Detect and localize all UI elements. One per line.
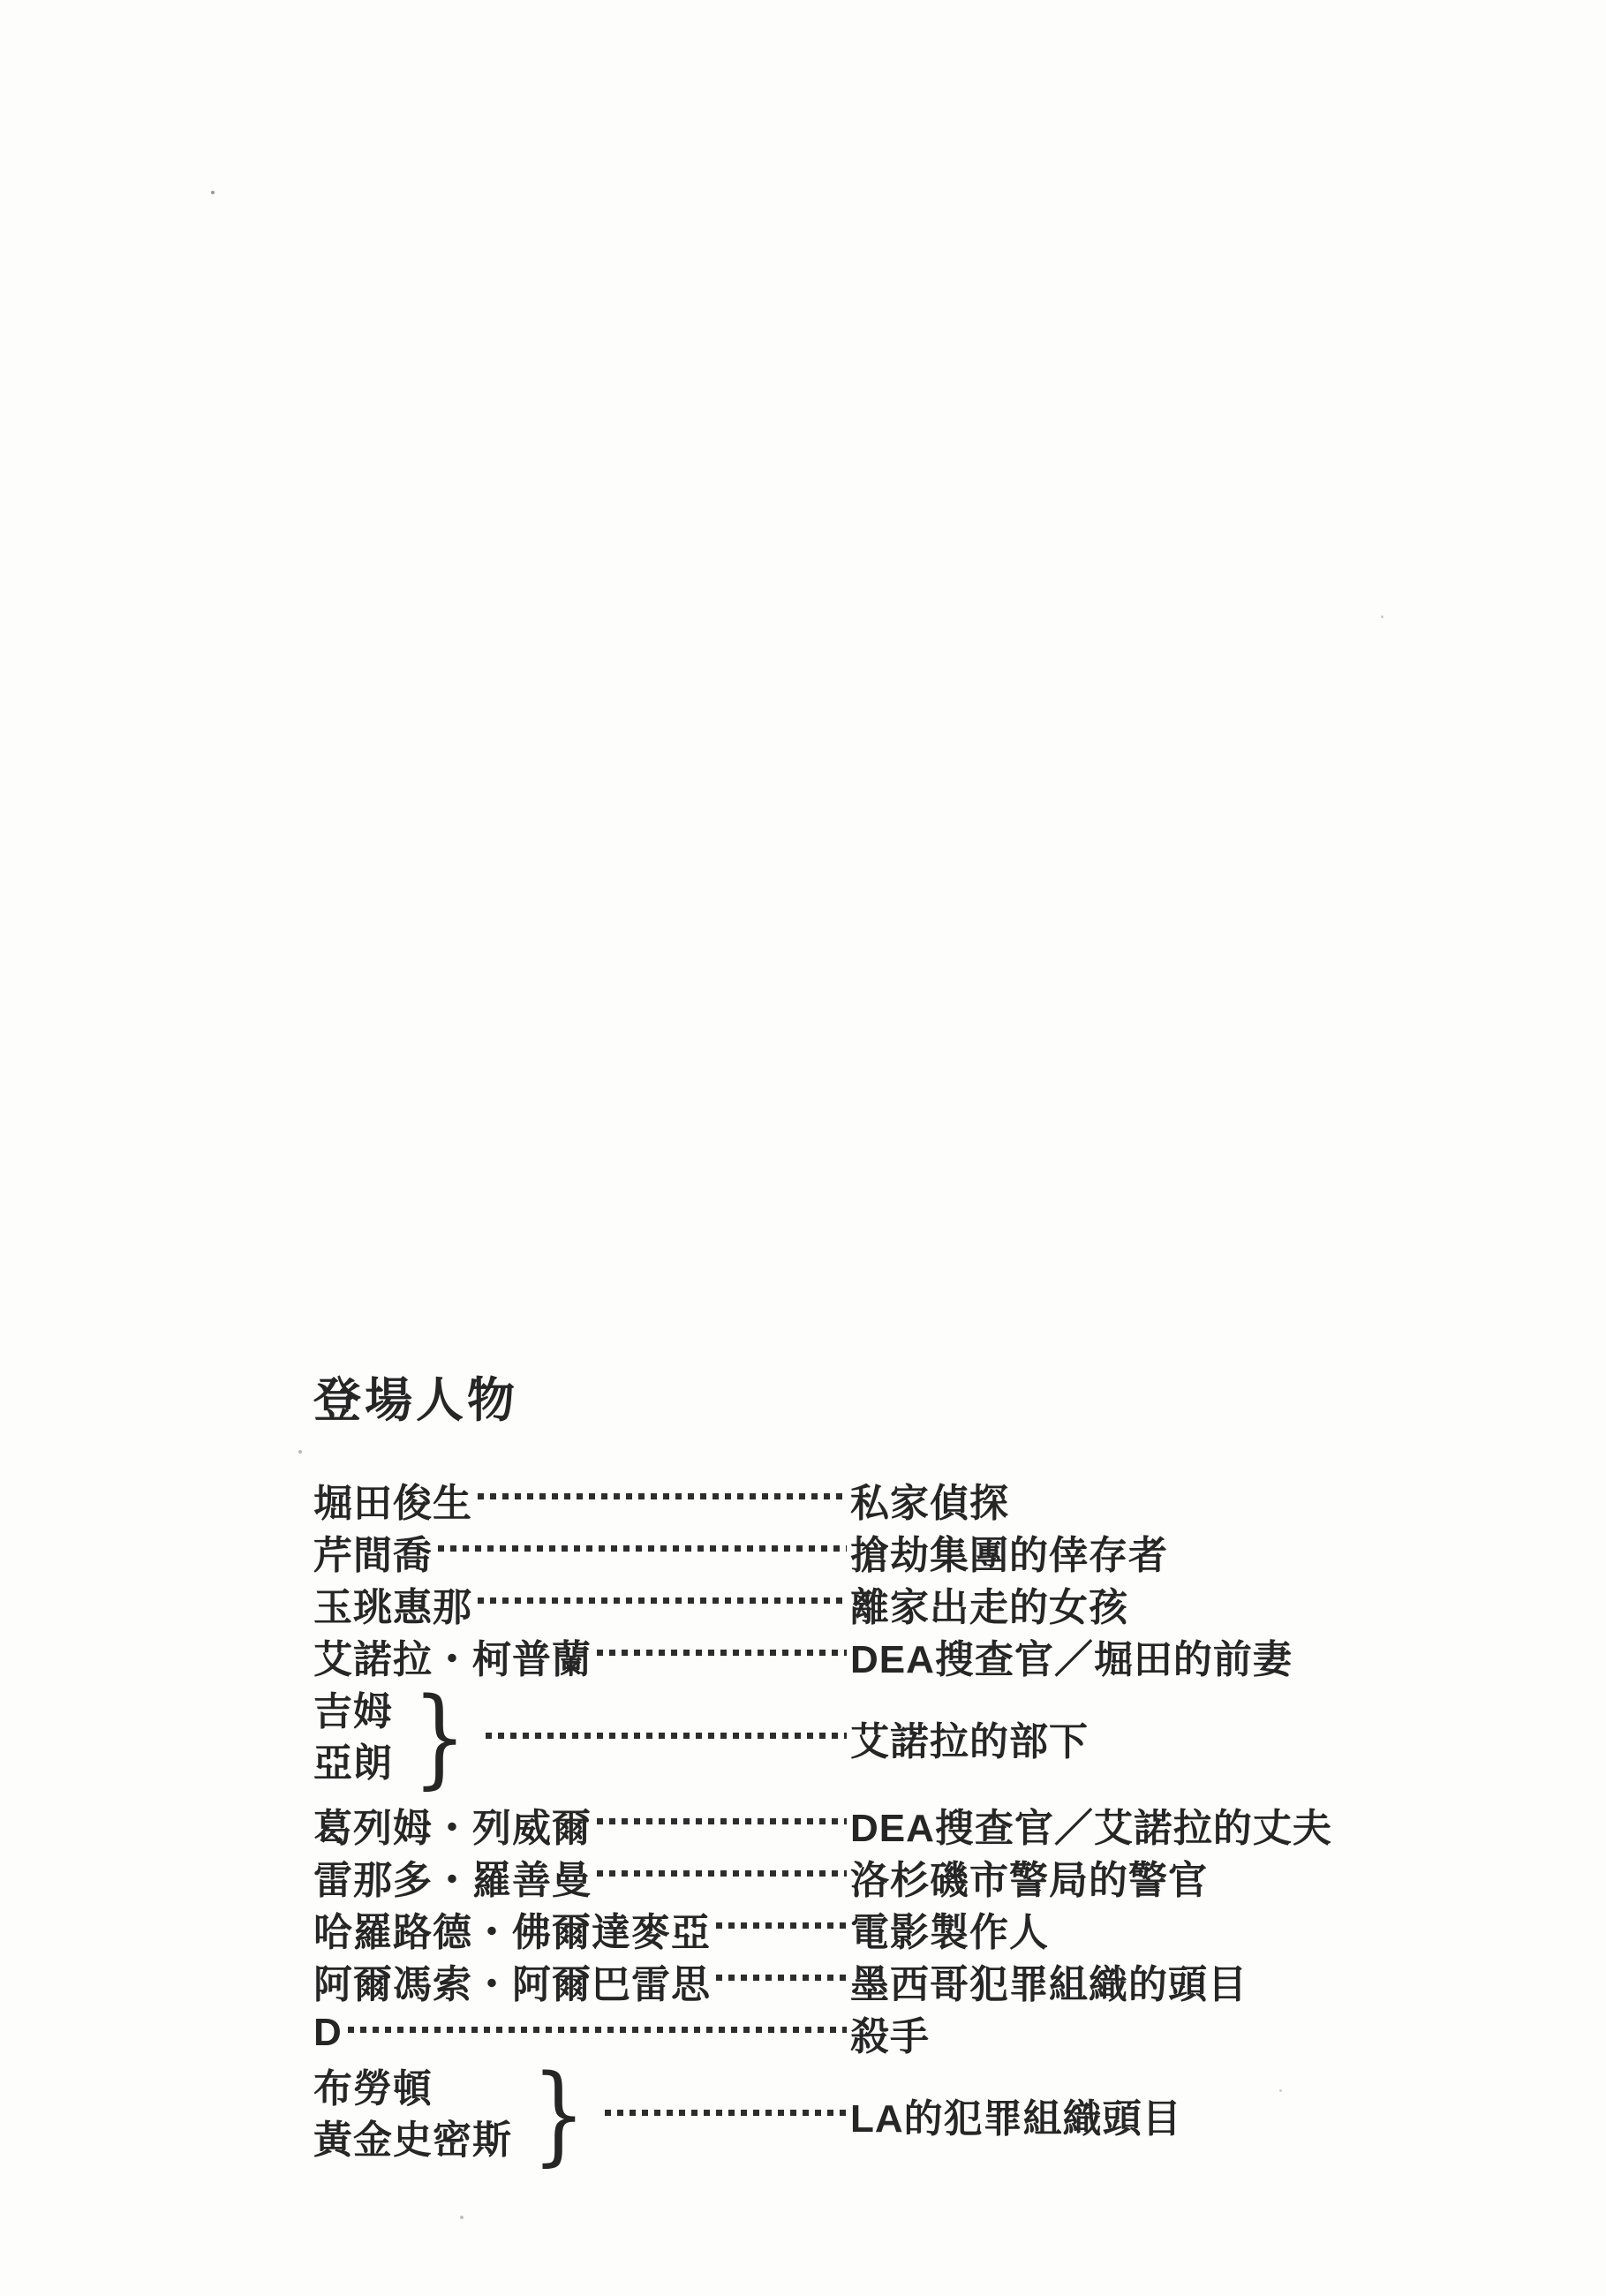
dotted-leader xyxy=(478,1597,847,1604)
character-role: DEA搜查官／艾諾拉的丈夫 xyxy=(850,1796,1285,1853)
scan-speck xyxy=(1279,2089,1282,2092)
character-name: 雷那多・羅善曼 xyxy=(313,1848,592,1905)
scan-speck xyxy=(298,1450,302,1454)
list-item: 哈羅路德・佛爾達麥亞電影製作人 xyxy=(313,1902,1285,1954)
dotted-leader xyxy=(597,1870,847,1877)
character-name: 布勞頓 xyxy=(313,2064,512,2115)
list-item: 吉姆亞朗}艾諾拉的部下 xyxy=(313,1687,1285,1789)
list-item: 芹間喬搶劫集團的倖存者 xyxy=(313,1525,1285,1577)
character-name-group: 吉姆亞朗 xyxy=(313,1687,393,1789)
character-name: 亞朗 xyxy=(313,1738,393,1789)
brace-glyph: } xyxy=(413,1687,467,1789)
list-item: 玉珧惠那離家出走的女孩 xyxy=(313,1577,1285,1629)
brace-glyph: } xyxy=(532,2064,586,2166)
dotted-leader xyxy=(716,1975,847,1981)
character-section: 登場人物 堀田俊生私家偵探芹間喬搶劫集團的倖存者玉珧惠那離家出走的女孩艾諾拉・柯… xyxy=(313,1374,1285,2175)
list-item: D殺手 xyxy=(313,2006,1285,2058)
character-name: 芹間喬 xyxy=(313,1523,433,1580)
character-name: 哈羅路德・佛爾達麥亞 xyxy=(313,1900,711,1957)
list-item: 布勞頓黃金史密斯}LA的犯罪組織頭目 xyxy=(313,2064,1285,2166)
character-role: 洛杉磯市警局的警官 xyxy=(850,1848,1285,1905)
character-role: 艾諾拉的部下 xyxy=(850,1710,1285,1766)
character-name: D xyxy=(313,2011,343,2055)
character-name: 堀田俊生 xyxy=(313,1471,472,1528)
character-role: 墨西哥犯罪組織的頭目 xyxy=(850,1952,1285,2009)
list-item: 堀田俊生私家偵探 xyxy=(313,1473,1285,1525)
scan-speck xyxy=(460,2216,464,2219)
page-title: 登場人物 xyxy=(313,1374,1285,1427)
dotted-leader xyxy=(438,1545,847,1552)
dotted-leader xyxy=(716,1922,847,1929)
character-name: 吉姆 xyxy=(313,1687,393,1738)
list-item: 雷那多・羅善曼洛杉磯市警局的警官 xyxy=(313,1850,1285,1902)
dotted-leader xyxy=(597,1818,847,1824)
character-name: 阿爾馮索・阿爾巴雷思 xyxy=(313,1952,711,2009)
character-role: 電影製作人 xyxy=(850,1900,1285,1957)
character-role: 私家偵探 xyxy=(850,1471,1285,1528)
character-name: 葛列姆・列威爾 xyxy=(313,1796,592,1853)
list-item: 葛列姆・列威爾DEA搜查官／艾諾拉的丈夫 xyxy=(313,1798,1285,1850)
character-name: 黃金史密斯 xyxy=(313,2115,512,2166)
character-role: DEA搜查官／堀田的前妻 xyxy=(850,1628,1285,1684)
dotted-leader xyxy=(597,1650,847,1656)
dotted-leader xyxy=(605,2110,847,2116)
character-name: 玉珧惠那 xyxy=(313,1575,472,1632)
dotted-leader xyxy=(486,1733,847,1739)
character-role: 殺手 xyxy=(850,2005,1285,2061)
character-role: 搶劫集團的倖存者 xyxy=(850,1523,1285,1580)
list-item: 阿爾馮索・阿爾巴雷思墨西哥犯罪組織的頭目 xyxy=(313,1954,1285,2006)
dotted-leader xyxy=(478,1493,847,1499)
scan-speck xyxy=(1381,616,1384,618)
scan-speck xyxy=(211,191,215,194)
character-role: LA的犯罪組織頭目 xyxy=(850,2087,1285,2143)
book-page: 登場人物 堀田俊生私家偵探芹間喬搶劫集團的倖存者玉珧惠那離家出走的女孩艾諾拉・柯… xyxy=(0,0,1606,2296)
character-list: 堀田俊生私家偵探芹間喬搶劫集團的倖存者玉珧惠那離家出走的女孩艾諾拉・柯普蘭DEA… xyxy=(313,1473,1285,2166)
character-name-group: 布勞頓黃金史密斯 xyxy=(313,2064,512,2166)
character-role: 離家出走的女孩 xyxy=(850,1575,1285,1632)
dotted-leader xyxy=(348,2027,847,2033)
